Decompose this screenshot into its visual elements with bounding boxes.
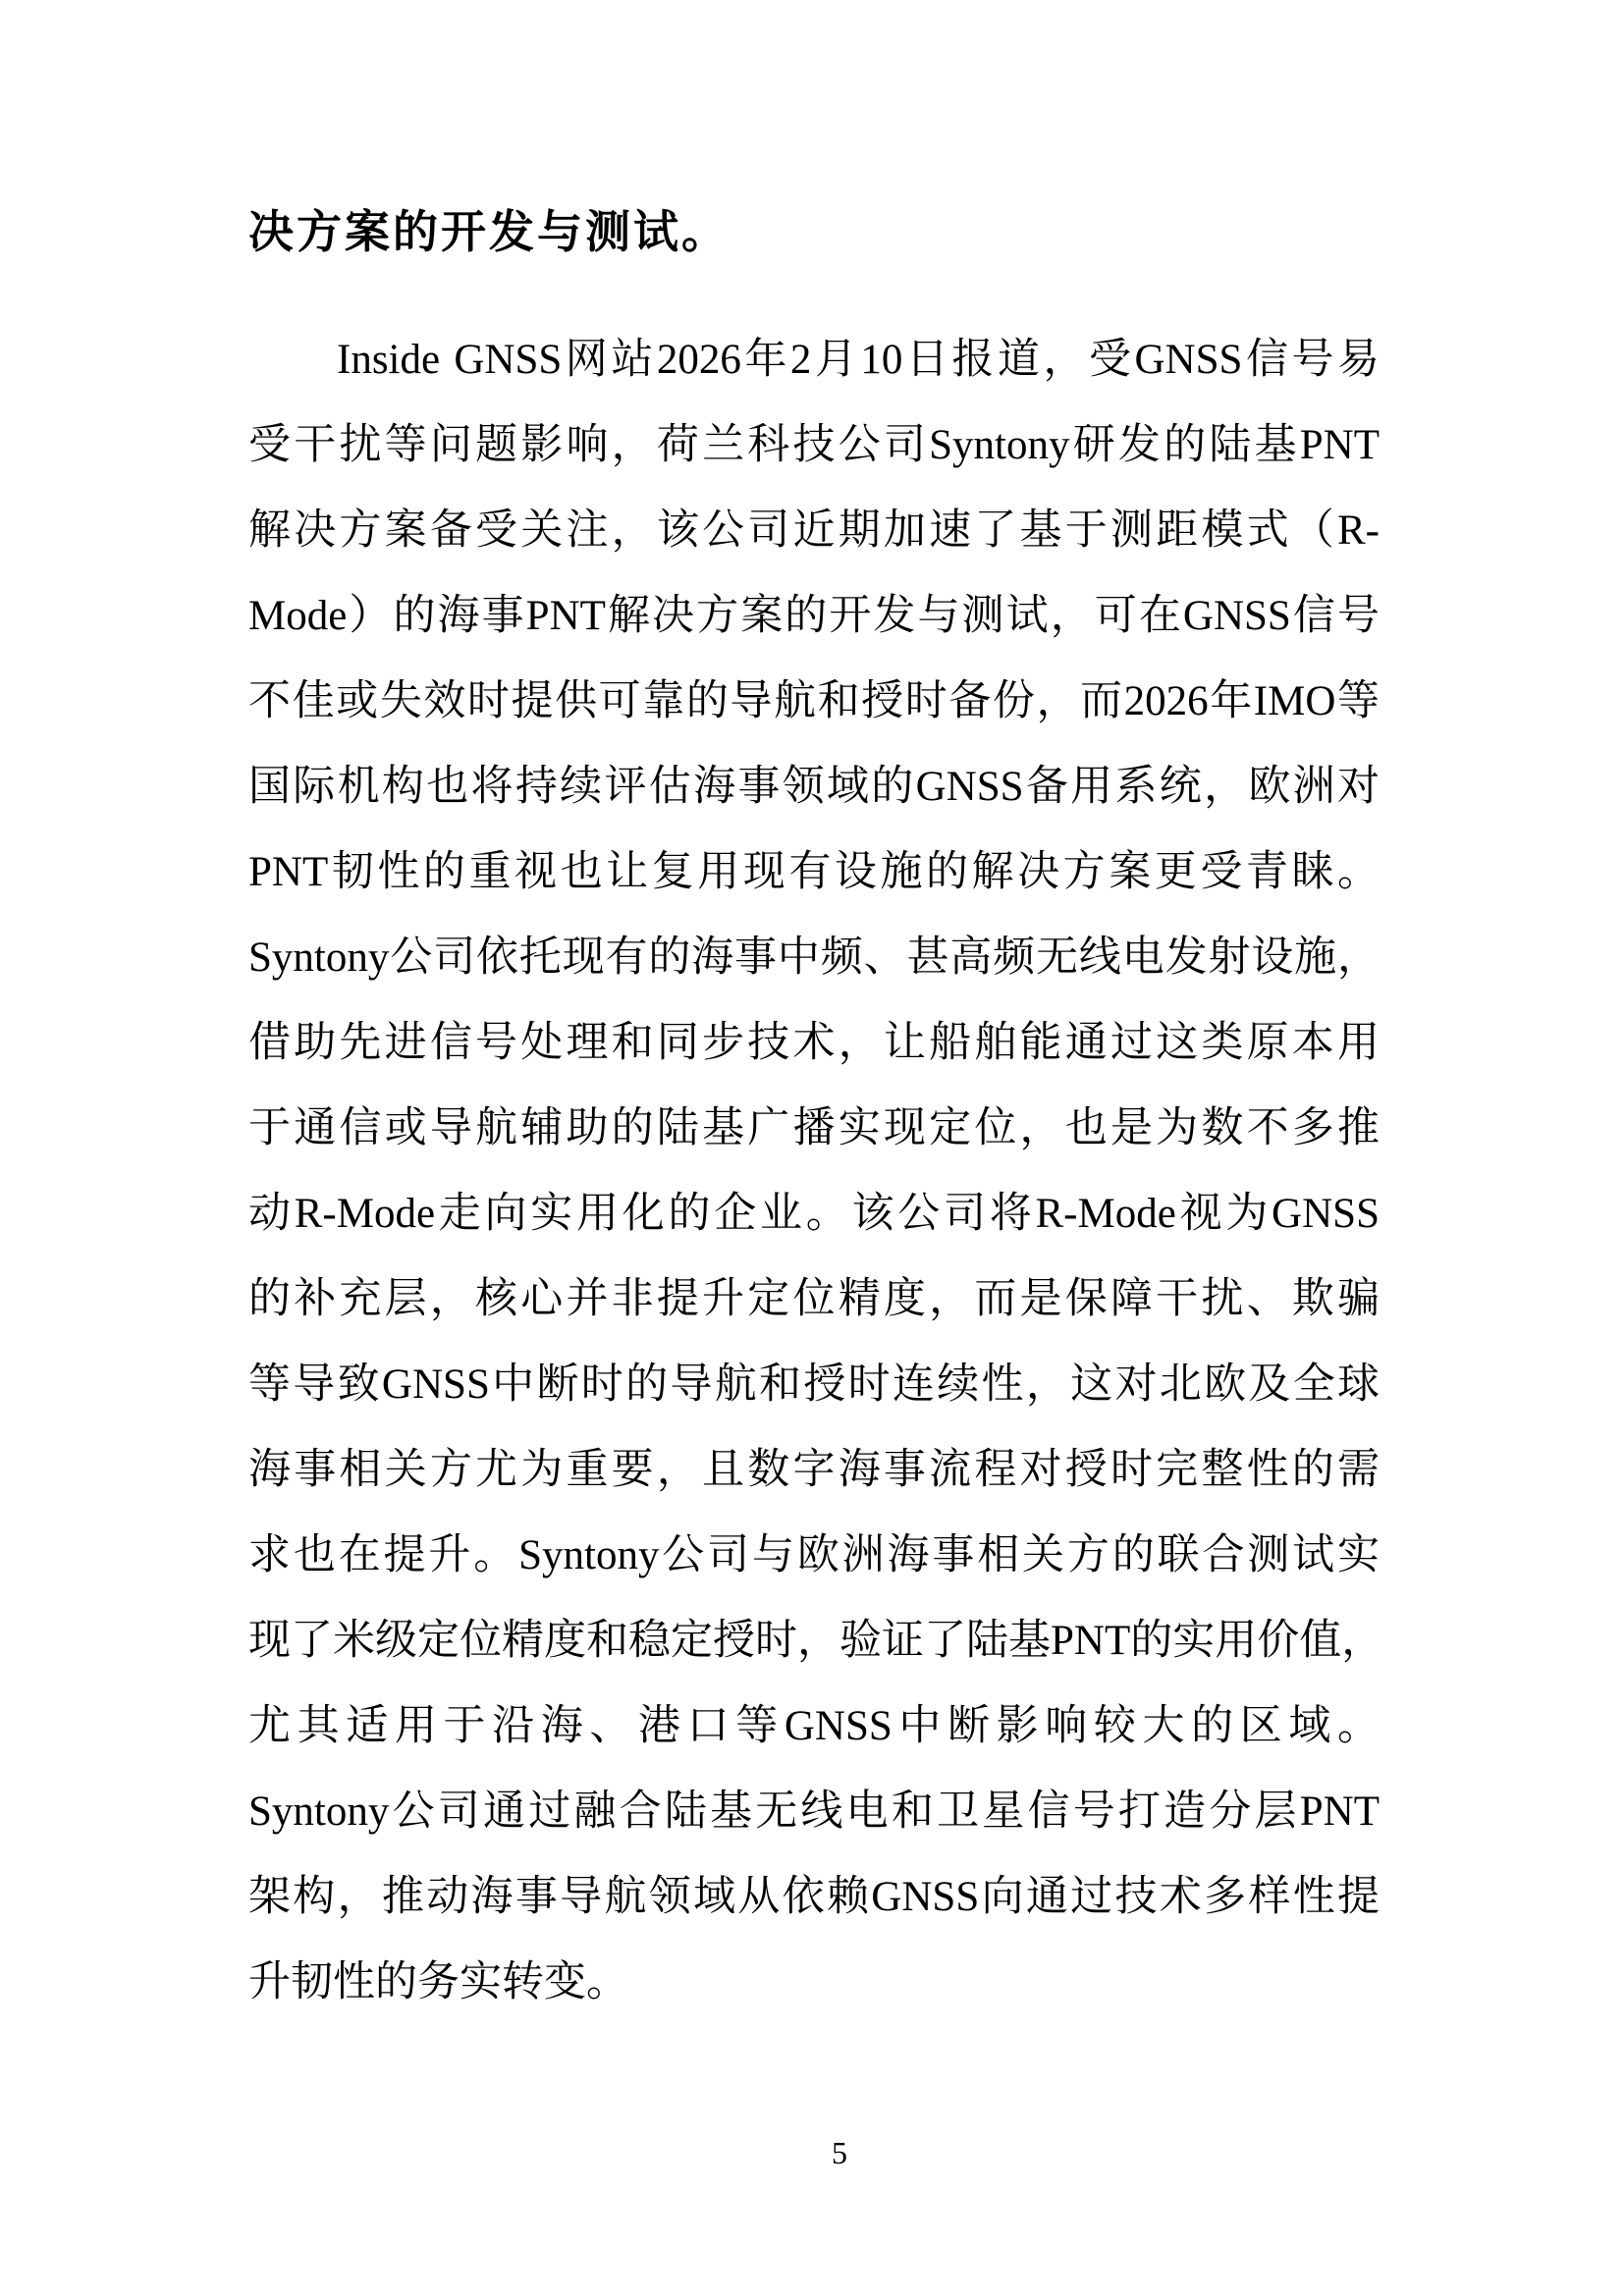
paragraph-line: 解决方案备受关注，该公司近期加速了基于测距模式（R- — [248, 488, 1380, 573]
body-paragraph: Inside GNSS网站2026年2月10日报道，受GNSS信号易受干扰等问题… — [248, 317, 1380, 2025]
paragraph-line: 不佳或失效时提供可靠的导航和授时备份，而2026年IMO等 — [248, 659, 1380, 744]
paragraph-line: 国际机构也将持续评估海事领域的GNSS备用系统，欧洲对 — [248, 744, 1380, 829]
paragraph-line: 尤其适用于沿海、港口等GNSS中断影响较大的区域。 — [248, 1683, 1380, 1769]
paragraph-line: PNT韧性的重视也让复用现有设施的解决方案更受青睐。 — [248, 829, 1380, 915]
paragraph-line: 借助先进信号处理和同步技术，让船舶能通过这类原本用 — [248, 1000, 1380, 1086]
document-page: 决方案的开发与测试。 Inside GNSS网站2026年2月10日报道，受GN… — [0, 0, 1624, 2296]
paragraph-line: Inside GNSS网站2026年2月10日报道，受GNSS信号易 — [248, 317, 1380, 402]
paragraph-line: Mode）的海事PNT解决方案的开发与测试，可在GNSS信号 — [248, 573, 1380, 659]
paragraph-line: 等导致GNSS中断时的导航和授时连续性，这对北欧及全球 — [248, 1342, 1380, 1427]
paragraph-line: 现了米级定位精度和稳定授时，验证了陆基PNT的实用价值， — [248, 1598, 1380, 1683]
paragraph-line: 海事相关方尤为重要，且数字海事流程对授时完整性的需 — [248, 1427, 1380, 1513]
paragraph-line: 求也在提升。Syntony公司与欧洲海事相关方的联合测试实 — [248, 1513, 1380, 1598]
paragraph-line: 于通信或导航辅助的陆基广播实现定位，也是为数不多推 — [248, 1086, 1380, 1171]
paragraph-line: 动R-Mode走向实用化的企业。该公司将R-Mode视为GNSS — [248, 1171, 1380, 1256]
heading-continuation: 决方案的开发与测试。 — [248, 204, 1380, 261]
paragraph-line: Syntony公司依托现有的海事中频、甚高频无线电发射设施， — [248, 915, 1380, 1000]
paragraph-line: 受干扰等问题影响，荷兰科技公司Syntony研发的陆基PNT — [248, 402, 1380, 488]
paragraph-line: Syntony公司通过融合陆基无线电和卫星信号打造分层PNT — [248, 1769, 1380, 1854]
page-number: 5 — [832, 2132, 847, 2173]
paragraph-line: 的补充层，核心并非提升定位精度，而是保障干扰、欺骗 — [248, 1256, 1380, 1342]
paragraph-line: 架构，推动海事导航领域从依赖GNSS向通过技术多样性提 — [248, 1854, 1380, 1940]
paragraph-line: 升韧性的务实转变。 — [248, 1940, 1380, 2025]
